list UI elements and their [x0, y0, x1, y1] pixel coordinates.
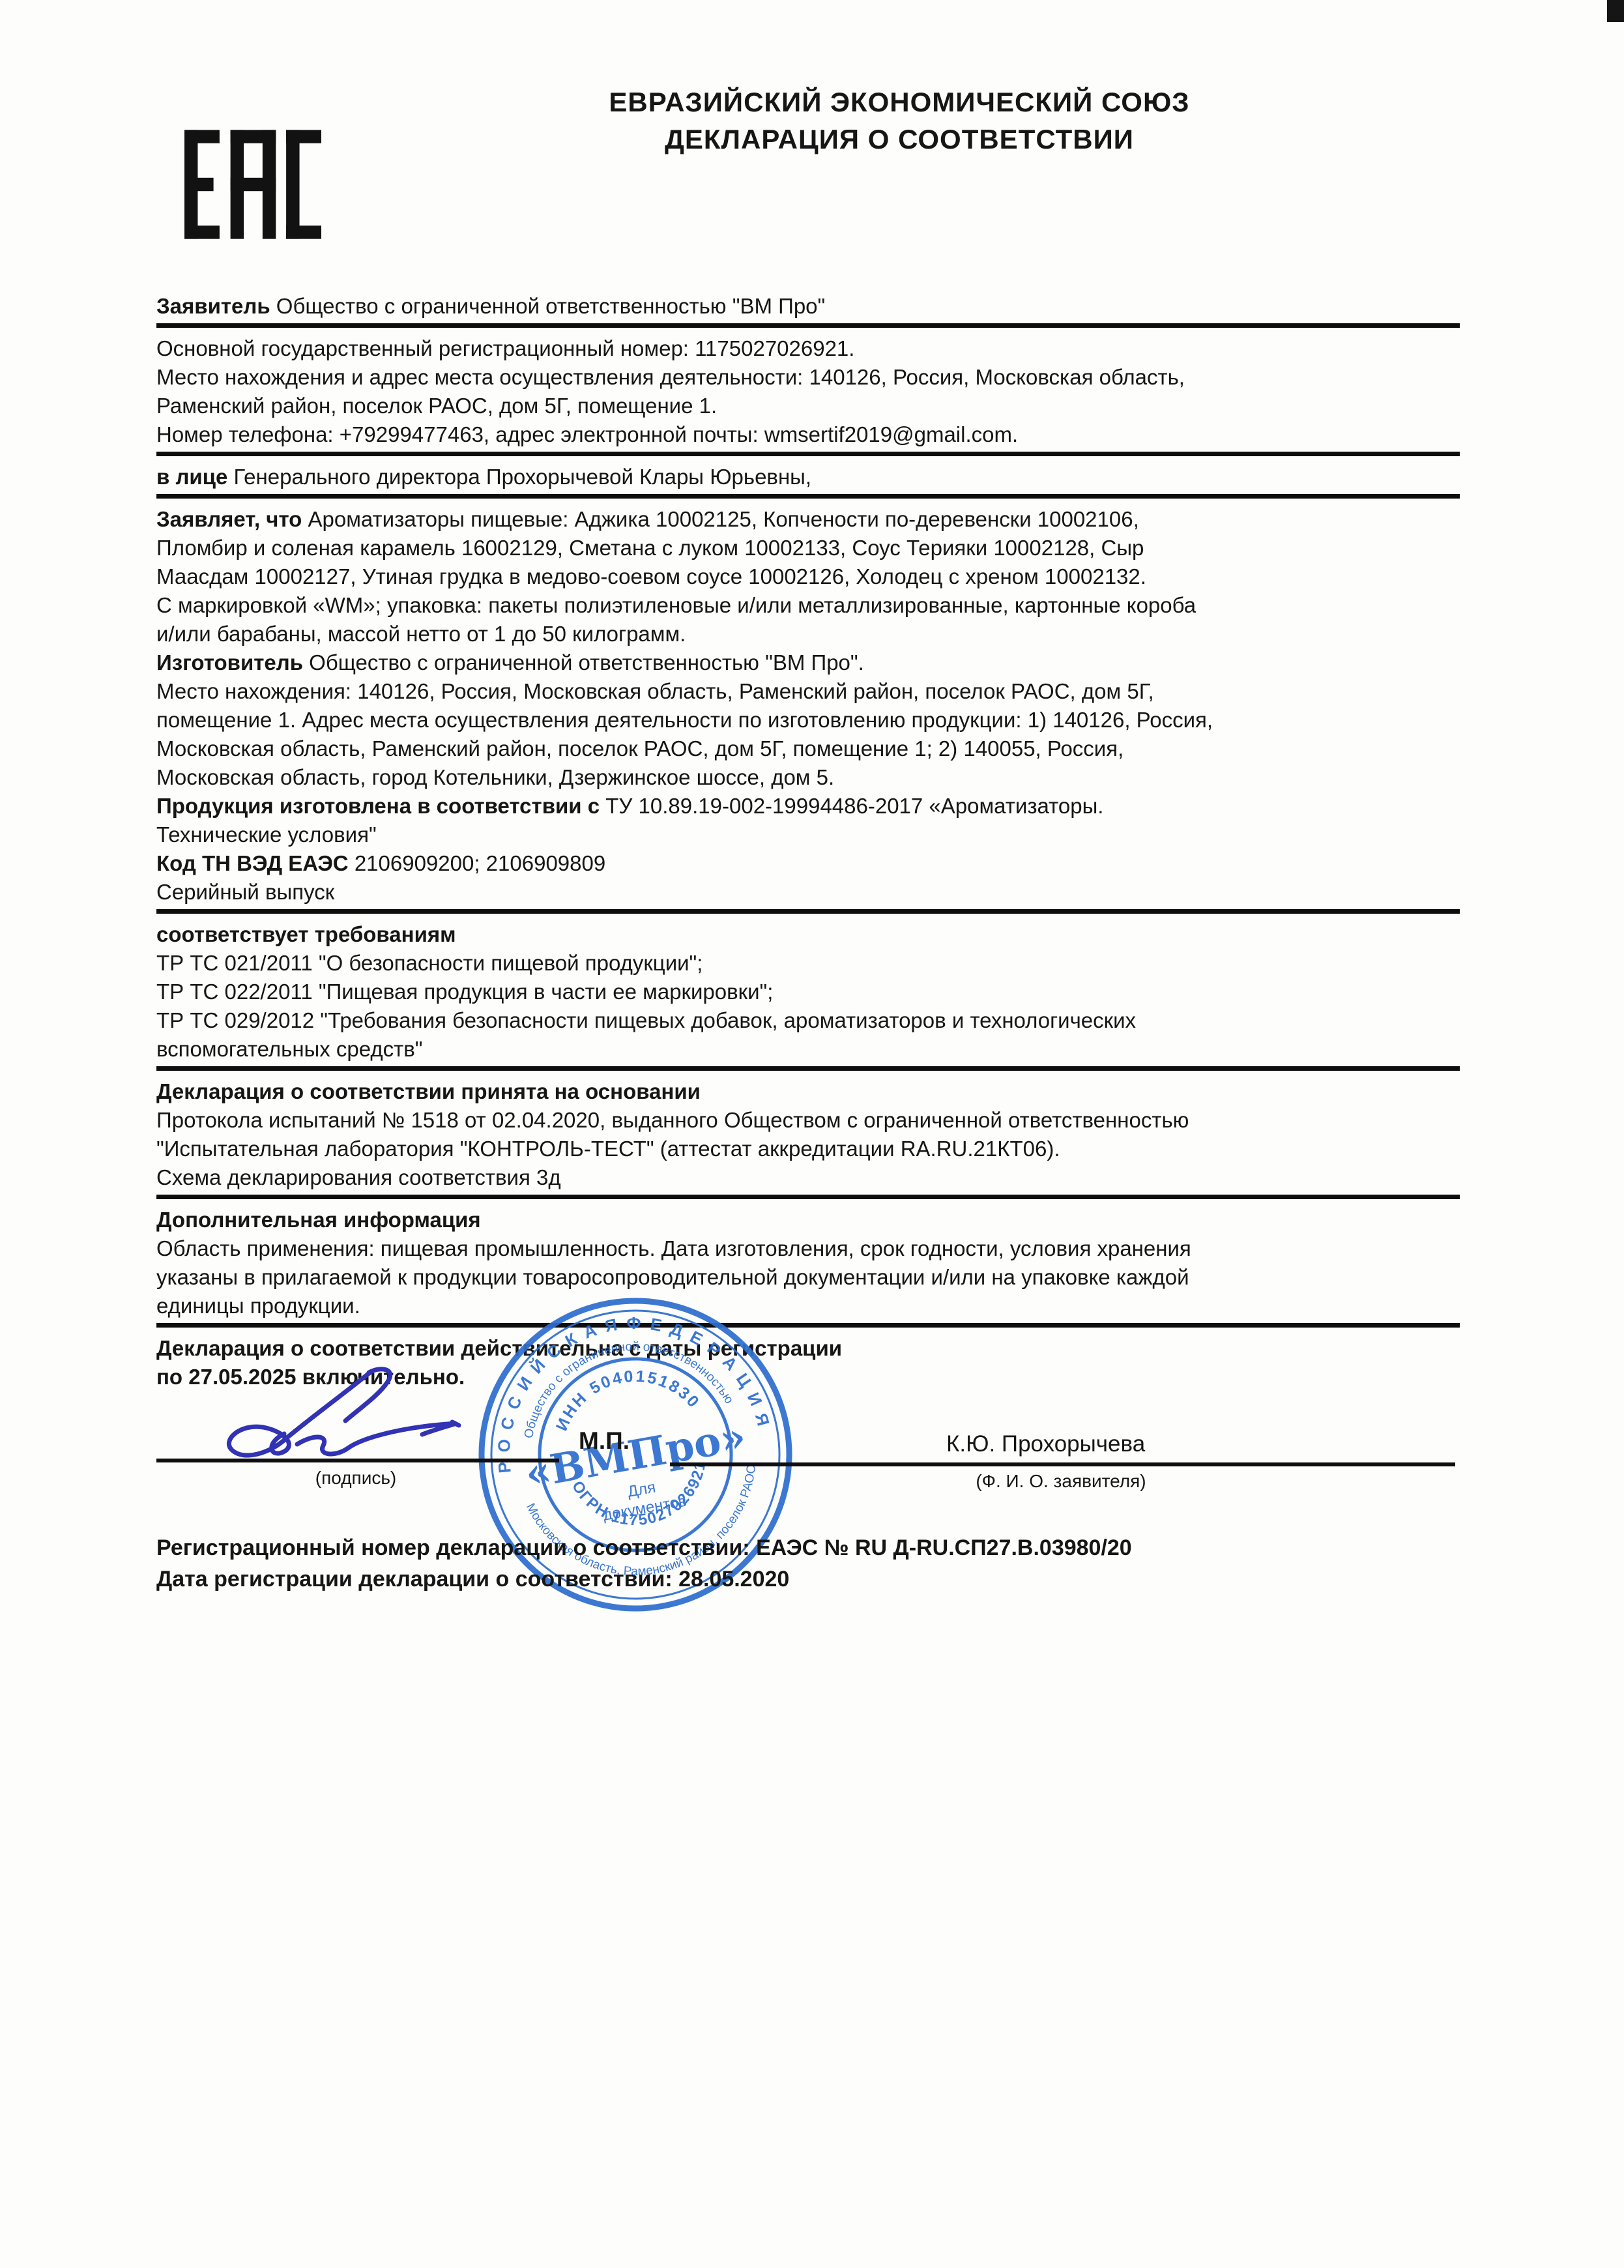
text-line: в лице Генерального директора Прохорычев… — [156, 463, 1460, 491]
text-line: Место нахождения и адрес места осуществл… — [156, 363, 1460, 392]
text-line: Московская область, город Котельники, Дз… — [156, 763, 1460, 792]
text-line: Пломбир и соленая карамель 16002129, Сме… — [156, 534, 1460, 562]
text-line: Раменский район, поселок РАОС, дом 5Г, п… — [156, 392, 1460, 420]
text-segment-bold: Изготовитель — [156, 650, 309, 675]
text-line: Номер телефона: +79299477463, адрес элек… — [156, 420, 1460, 449]
text-line: Серийный выпуск — [156, 878, 1460, 907]
text-segment: "Испытательная лаборатория "КОНТРОЛЬ-ТЕС… — [156, 1137, 1060, 1161]
text-segment-bold: Продукция изготовлена в соответствии с — [156, 794, 605, 818]
text-line: единицы продукции. — [156, 1292, 1460, 1320]
text-segment: 2106909200; 2106909809 — [355, 851, 605, 875]
text-segment: С маркировкой «WM»; упаковка: пакеты пол… — [156, 593, 1196, 617]
text-line: помещение 1. Адрес места осуществления д… — [156, 706, 1460, 734]
handwritten-signature-icon — [207, 1363, 468, 1468]
text-segment: ТР ТС 029/2012 "Требования безопасности … — [156, 1008, 1136, 1032]
applicant-name-line — [670, 1462, 1455, 1466]
text-line: Протокола испытаний № 1518 от 02.04.2020… — [156, 1106, 1460, 1135]
text-segment: Серийный выпуск — [156, 880, 334, 904]
text-line: Дополнительная информация — [156, 1206, 1460, 1234]
text-line: Место нахождения: 140126, Россия, Москов… — [156, 677, 1460, 706]
text-segment: ТР ТС 022/2011 "Пищевая продукция в част… — [156, 980, 773, 1004]
text-segment: Схема декларирования соответствия 3д — [156, 1165, 561, 1189]
registration-number-line: Регистрационный номер декларации о соотв… — [156, 1535, 1132, 1561]
text-line: Схема декларирования соответствия 3д — [156, 1163, 1460, 1192]
section-divider — [156, 452, 1460, 456]
text-line: и/или барабаны, массой нетто от 1 до 50 … — [156, 620, 1460, 648]
section-divider — [156, 1195, 1460, 1199]
text-segment: Маасдам 10002127, Утиная грудка в медово… — [156, 564, 1146, 589]
text-segment-bold: в лице — [156, 465, 234, 489]
text-segment: указаны в прилагаемой к продукции товаро… — [156, 1265, 1189, 1289]
text-line: указаны в прилагаемой к продукции товаро… — [156, 1263, 1460, 1292]
text-line: С маркировкой «WM»; упаковка: пакеты пол… — [156, 591, 1460, 620]
text-segment: Московская область, город Котельники, Дз… — [156, 765, 834, 789]
text-segment-bold: Код ТН ВЭД ЕАЭС — [156, 851, 355, 875]
registration-date-line: Дата регистрации декларации о соответств… — [156, 1567, 789, 1592]
signature-caption: (подпись) — [258, 1468, 454, 1489]
section-divider — [156, 1066, 1460, 1071]
text-segment: Московская область, Раменский район, пос… — [156, 736, 1124, 761]
scan-corner-artifact — [1607, 0, 1624, 22]
text-segment: Основной государственный регистрационный… — [156, 336, 854, 360]
section-divider — [156, 494, 1460, 499]
text-line: Заявитель Общество с ограниченной ответс… — [156, 292, 1460, 321]
text-segment-bold: Дополнительная информация — [156, 1208, 481, 1232]
text-line: ТР ТС 029/2012 "Требования безопасности … — [156, 1006, 1460, 1035]
text-segment: ТР ТС 021/2011 "О безопасности пищевой п… — [156, 951, 703, 975]
text-line: ТР ТС 022/2011 "Пищевая продукция в част… — [156, 978, 1460, 1006]
text-line: Заявляет, что Ароматизаторы пищевые: Адж… — [156, 505, 1460, 534]
eac-mark-icon — [184, 126, 321, 243]
text-segment: вспомогательных средств" — [156, 1037, 423, 1061]
applicant-name-caption: (Ф. И. О. заявителя) — [963, 1471, 1159, 1492]
document-title: ЕВРАЗИЙСКИЙ ЭКОНОМИЧЕСКИЙ СОЮЗ ДЕКЛАРАЦИ… — [339, 83, 1460, 158]
title-line-declaration: ДЕКЛАРАЦИЯ О СООТВЕТСТВИИ — [339, 121, 1460, 158]
declaration-document-page: ЕВРАЗИЙСКИЙ ЭКОНОМИЧЕСКИЙ СОЮЗ ДЕКЛАРАЦИ… — [0, 0, 1624, 2268]
text-line: Область применения: пищевая промышленнос… — [156, 1234, 1460, 1263]
text-line: "Испытательная лаборатория "КОНТРОЛЬ-ТЕС… — [156, 1135, 1460, 1163]
text-line: Продукция изготовлена в соответствии с Т… — [156, 792, 1460, 821]
section-divider — [156, 323, 1460, 328]
text-segment: Общество с ограниченной ответственностью… — [276, 294, 825, 318]
text-line: соответствует требованиям — [156, 920, 1460, 949]
text-line: ТР ТС 021/2011 "О безопасности пищевой п… — [156, 949, 1460, 978]
document-body: Заявитель Общество с ограниченной ответс… — [156, 292, 1460, 1391]
text-segment-bold: Заявляет, что — [156, 507, 308, 531]
text-segment-bold: Декларация о соответствии принята на осн… — [156, 1079, 701, 1103]
text-segment: Технические условия" — [156, 822, 377, 847]
signature-line — [156, 1459, 559, 1462]
text-segment: ТУ 10.89.19-002-19994486-2017 «Ароматиза… — [605, 794, 1103, 818]
mp-seal-label: М.П. — [579, 1427, 630, 1455]
text-line: Московская область, Раменский район, пос… — [156, 734, 1460, 763]
text-segment: Место нахождения и адрес места осуществл… — [156, 365, 1185, 389]
text-segment: Область применения: пищевая промышленнос… — [156, 1236, 1191, 1260]
text-segment: и/или барабаны, массой нетто от 1 до 50 … — [156, 622, 686, 646]
applicant-name: К.Ю. Прохорычева — [946, 1431, 1145, 1457]
text-line: вспомогательных средств" — [156, 1035, 1460, 1064]
text-segment: Ароматизаторы пищевые: Аджика 10002125, … — [308, 507, 1139, 531]
text-segment: Общество с ограниченной ответственностью… — [309, 650, 864, 675]
text-segment: Номер телефона: +79299477463, адрес элек… — [156, 422, 1018, 446]
text-line: Изготовитель Общество с ограниченной отв… — [156, 648, 1460, 677]
text-line: Маасдам 10002127, Утиная грудка в медово… — [156, 562, 1460, 591]
text-segment-bold: соответствует требованиям — [156, 922, 456, 946]
text-segment: Генерального директора Прохорычевой Клар… — [234, 465, 812, 489]
text-segment: Протокола испытаний № 1518 от 02.04.2020… — [156, 1108, 1189, 1132]
text-segment: Место нахождения: 140126, Россия, Москов… — [156, 679, 1154, 703]
text-segment-bold: Заявитель — [156, 294, 276, 318]
text-segment: помещение 1. Адрес места осуществления д… — [156, 708, 1213, 732]
title-line-union: ЕВРАЗИЙСКИЙ ЭКОНОМИЧЕСКИЙ СОЮЗ — [339, 83, 1460, 121]
text-line: Основной государственный регистрационный… — [156, 334, 1460, 363]
section-divider — [156, 909, 1460, 914]
text-line: Технические условия" — [156, 821, 1460, 849]
text-segment: единицы продукции. — [156, 1294, 360, 1318]
text-line: Декларация о соответствии принята на осн… — [156, 1077, 1460, 1106]
section-divider — [156, 1323, 1460, 1328]
text-line: Код ТН ВЭД ЕАЭС 2106909200; 2106909809 — [156, 849, 1460, 878]
text-line: Декларация о соответствии действительна … — [156, 1334, 1460, 1363]
text-segment: Пломбир и соленая карамель 16002129, Сме… — [156, 536, 1144, 560]
text-segment: Раменский район, поселок РАОС, дом 5Г, п… — [156, 394, 717, 418]
